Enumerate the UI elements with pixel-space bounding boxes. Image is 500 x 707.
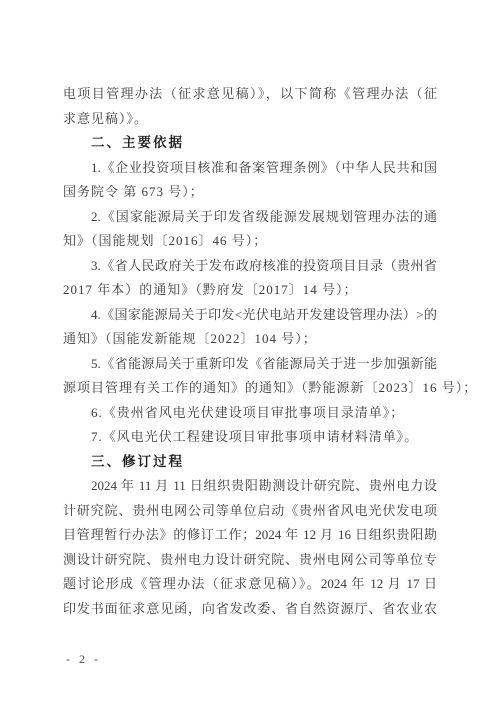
text-line: 测设计研究院、贵州电力设计研究院、贵州电网公司等单位专 (63, 548, 437, 573)
text-line: 知》（国能规划〔2016〕46 号）； (63, 229, 437, 254)
paragraph: 2024 年 11 月 11 日组织贵阳勘测设计研究院、贵州电力设计研究院、贵州… (63, 474, 437, 621)
paragraph: 5.《省能源局关于重新印发《省能源局关于进一步加强新能源项目管理有关工作的通知》… (63, 352, 437, 401)
text-line: 源项目管理有关工作的通知》的通知》（黔能源新〔2023〕16 号）； (63, 376, 437, 401)
text-line: 目管理暂行办法》的修订工作；2024 年 12 月 16 日组织贵阳勘 (63, 523, 437, 548)
paragraph: 1.《企业投资项目核准和备案管理条例》（中华人民共和国国务院令 第 673 号）… (63, 156, 437, 205)
text-line: 计研究院、贵州电网公司等单位启动《贵州省风电光伏发电项 (63, 499, 437, 524)
page-number: - 2 - (66, 652, 101, 667)
text-line: 2.《国家能源局关于印发省级能源发展规划管理办法的通 (63, 205, 437, 230)
text-line: 通知》（国能发新能规〔2022〕104 号）； (63, 327, 437, 352)
paragraph: 4.《国家能源局关于印发<光伏电站开发建设管理办法）>的通知》（国能发新能规〔2… (63, 303, 437, 352)
paragraph: 6.《贵州省风电光伏建设项目审批事项目录清单》； (63, 401, 437, 426)
text-line: 印发书面征求意见函，向省发改委、省自然资源厅、省农业农 (63, 597, 437, 622)
text-line: 7.《风电光伏工程建设项目审批事项申请材料清单》。 (63, 425, 437, 450)
text-line: 求意见稿）》。 (63, 107, 437, 132)
text-line: 1.《企业投资项目核准和备案管理条例》（中华人民共和国 (63, 156, 437, 181)
text-line: 二、主要依据 (63, 131, 437, 156)
text-line: 3.《省人民政府关于发布政府核准的投资项目目录（贵州省 (63, 254, 437, 279)
text-line: 2017 年本）的通知》（黔府发〔2017〕14 号）； (63, 278, 437, 303)
section-heading: 三、修订过程 (63, 450, 437, 475)
paragraph: 2.《国家能源局关于印发省级能源发展规划管理办法的通知》（国能规划〔2016〕4… (63, 205, 437, 254)
paragraph: 电项目管理办法（征求意见稿）》，以下简称《管理办法（征求意见稿）》。 (63, 82, 437, 131)
text-line: 2024 年 11 月 11 日组织贵阳勘测设计研究院、贵州电力设 (63, 474, 437, 499)
text-line: 国务院令 第 673 号）； (63, 180, 437, 205)
text-line: 4.《国家能源局关于印发<光伏电站开发建设管理办法）>的 (63, 303, 437, 328)
section-heading: 二、主要依据 (63, 131, 437, 156)
text-line: 电项目管理办法（征求意见稿）》，以下简称《管理办法（征 (63, 82, 437, 107)
text-line: 三、修订过程 (63, 450, 437, 475)
document-content: 电项目管理办法（征求意见稿）》，以下简称《管理办法（征求意见稿）》。二、主要依据… (63, 82, 437, 621)
text-line: 6.《贵州省风电光伏建设项目审批事项目录清单》； (63, 401, 437, 426)
text-line: 题讨论形成《管理办法（征求意见稿）》。2024 年 12 月 17 日 (63, 572, 437, 597)
text-line: 5.《省能源局关于重新印发《省能源局关于进一步加强新能 (63, 352, 437, 377)
paragraph: 7.《风电光伏工程建设项目审批事项申请材料清单》。 (63, 425, 437, 450)
paragraph: 3.《省人民政府关于发布政府核准的投资项目目录（贵州省2017 年本）的通知》（… (63, 254, 437, 303)
document-page: 电项目管理办法（征求意见稿）》，以下简称《管理办法（征求意见稿）》。二、主要依据… (0, 0, 500, 707)
